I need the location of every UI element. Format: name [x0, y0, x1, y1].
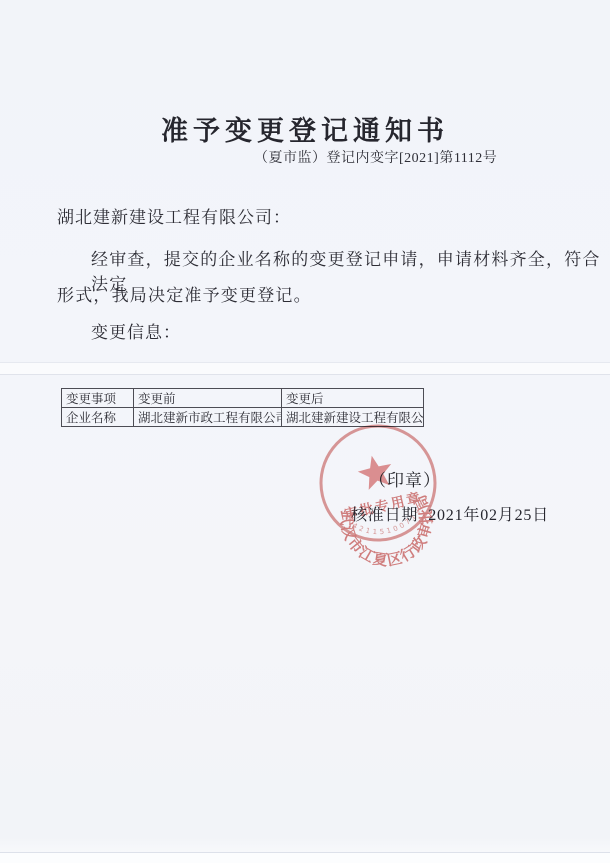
scanned-document-page: 准予变更登记通知书 （夏市监）登记内变字[2021]第1112号 湖北建新建设工… — [0, 0, 610, 863]
body-paragraph-line-2: 形式，我局决定准予变更登记。 — [57, 281, 312, 306]
cell-change-item: 企业名称 — [62, 408, 134, 427]
change-info-table: 变更事项 变更前 变更后 企业名称 湖北建新市政工程有限公司 湖北建新建设工程有… — [61, 388, 424, 427]
header-before-change: 变更前 — [134, 389, 282, 408]
header-after-change: 变更后 — [282, 389, 424, 408]
seal-authority-text: 武汉市江夏区行政审批局 — [334, 489, 446, 567]
document-number: （夏市监）登记内变字[2021]第1112号 — [254, 147, 497, 167]
table-row: 企业名称 湖北建新市政工程有限公司 湖北建新建设工程有限公司 — [62, 408, 424, 427]
addressee-line: 湖北建新建设工程有限公司： — [57, 203, 291, 228]
document-title: 准予变更登记通知书 — [0, 109, 610, 148]
cell-name-after: 湖北建新建设工程有限公司 — [282, 408, 424, 427]
approval-date-value: 2021年02月25日 — [428, 507, 549, 524]
approval-date-line: 核准日期2021年02月25日 — [351, 502, 549, 525]
table-header-row: 变更事项 变更前 变更后 — [62, 389, 424, 408]
scan-bottom-edge — [0, 852, 610, 863]
scan-artifact-band — [0, 362, 610, 375]
approval-date-label: 核准日期 — [351, 507, 418, 524]
header-change-item: 变更事项 — [62, 389, 134, 408]
cell-name-before: 湖北建新市政工程有限公司 — [134, 408, 282, 427]
svg-text:武汉市江夏区行政审批局: 武汉市江夏区行政审批局 — [334, 489, 446, 567]
change-info-label: 变更信息： — [91, 318, 181, 343]
stamp-placeholder-text: （印章） — [369, 466, 441, 491]
